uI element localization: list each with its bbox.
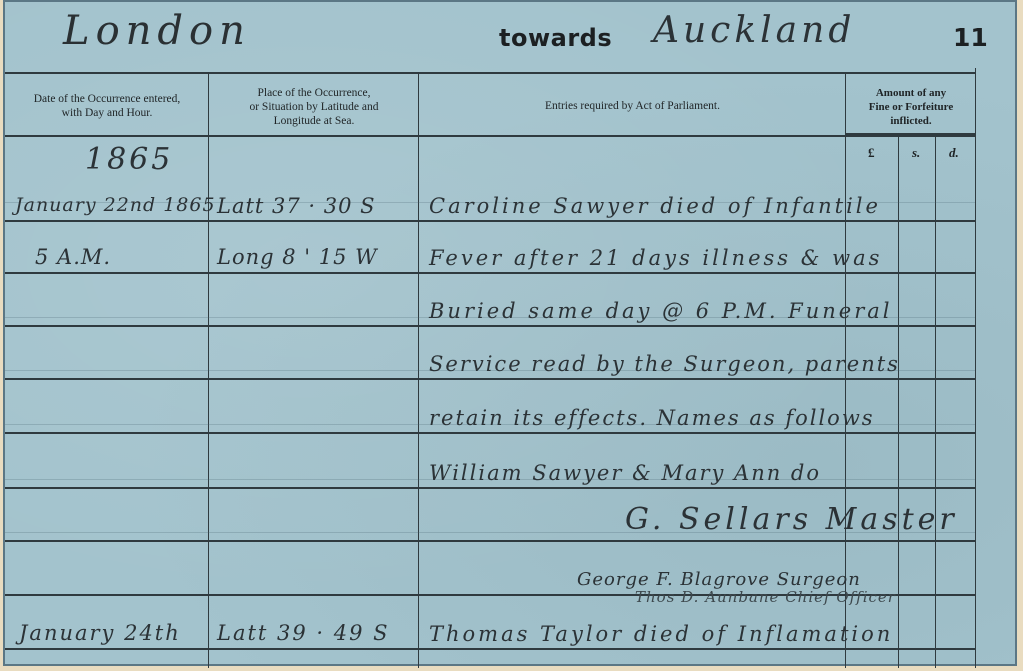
page-number: 11 <box>953 23 988 52</box>
header-place: Place of the Occurrence, or Situation by… <box>211 86 417 128</box>
header-place-line-1: Place of the Occurrence, <box>211 86 417 100</box>
row-rule <box>5 540 975 542</box>
col-rule-pounds <box>898 135 899 668</box>
header-fine-line-1: Amount of any <box>847 86 975 100</box>
signature-chief-officer: Thos D. Aunbane Chief Officer <box>635 588 896 606</box>
header-shillings: s. <box>912 145 920 161</box>
signature-master: G. Sellars Master <box>625 502 958 537</box>
header-fine: Amount of any Fine or Forfeiture inflict… <box>847 86 975 128</box>
entry-1-line-3: Buried same day @ 6 P.M. Funeral <box>429 299 893 323</box>
header-fine-line-2: Fine or Forfeiture <box>847 100 975 114</box>
entry-1-hour: 5 A.M. <box>35 245 111 269</box>
header-date-line-1: Date of the Occurrence entered, <box>7 92 207 106</box>
header-fine-line-3: inflicted. <box>847 114 975 128</box>
entry-1-line-1: Caroline Sawyer died of Infantile <box>429 194 881 218</box>
destination-port: Auckland <box>653 10 855 51</box>
entry-1-date: January 22nd 1865 <box>15 194 216 216</box>
header-pounds: £ <box>868 145 875 161</box>
entry-1-longitude: Long 8 ' 15 W <box>217 245 378 269</box>
row-rule <box>5 272 975 274</box>
entry-1-line-2: Fever after 21 days illness & was <box>429 246 882 270</box>
header-date: Date of the Occurrence entered, with Day… <box>7 92 207 120</box>
fine-subheader-rule <box>845 133 975 135</box>
entry-2-line-1: Thomas Taylor died of Inflamation <box>429 622 893 646</box>
header-date-line-2: with Day and Hour. <box>7 106 207 120</box>
row-rule <box>5 487 975 489</box>
header-pence: d. <box>949 145 959 161</box>
row-rule <box>5 325 975 327</box>
entry-1-line-4: Service read by the Surgeon, parents <box>429 352 900 376</box>
signature-surgeon: George F. Blagrove Surgeon <box>577 569 861 590</box>
row-rule <box>5 378 975 380</box>
col-rule-pence <box>975 68 976 668</box>
row-rule <box>5 648 975 650</box>
header-place-line-2: or Situation by Latitude and <box>211 100 417 114</box>
entry-1-latitude: Latt 37 · 30 S <box>217 194 376 218</box>
entry-2-latitude: Latt 39 · 49 S <box>217 621 390 645</box>
entry-1-line-5: retain its effects. Names as follows <box>429 406 875 430</box>
col-rule-shillings <box>935 135 936 668</box>
departure-port: London <box>63 8 251 54</box>
row-rule <box>5 432 975 434</box>
header-entries: Entries required by Act of Parliament. <box>421 99 844 113</box>
entry-1-year: 1865 <box>85 142 173 177</box>
entry-2-date: January 24th <box>19 621 181 645</box>
header-bottom-rule <box>5 135 975 137</box>
towards-label: towards <box>499 24 612 52</box>
log-page: London towards Auckland 11 Date of the O… <box>3 0 1017 666</box>
row-rule <box>5 220 975 222</box>
header-top-rule <box>5 72 975 74</box>
entry-1-line-6: William Sawyer & Mary Ann do <box>429 461 821 485</box>
header-place-line-3: Longitude at Sea. <box>211 114 417 128</box>
